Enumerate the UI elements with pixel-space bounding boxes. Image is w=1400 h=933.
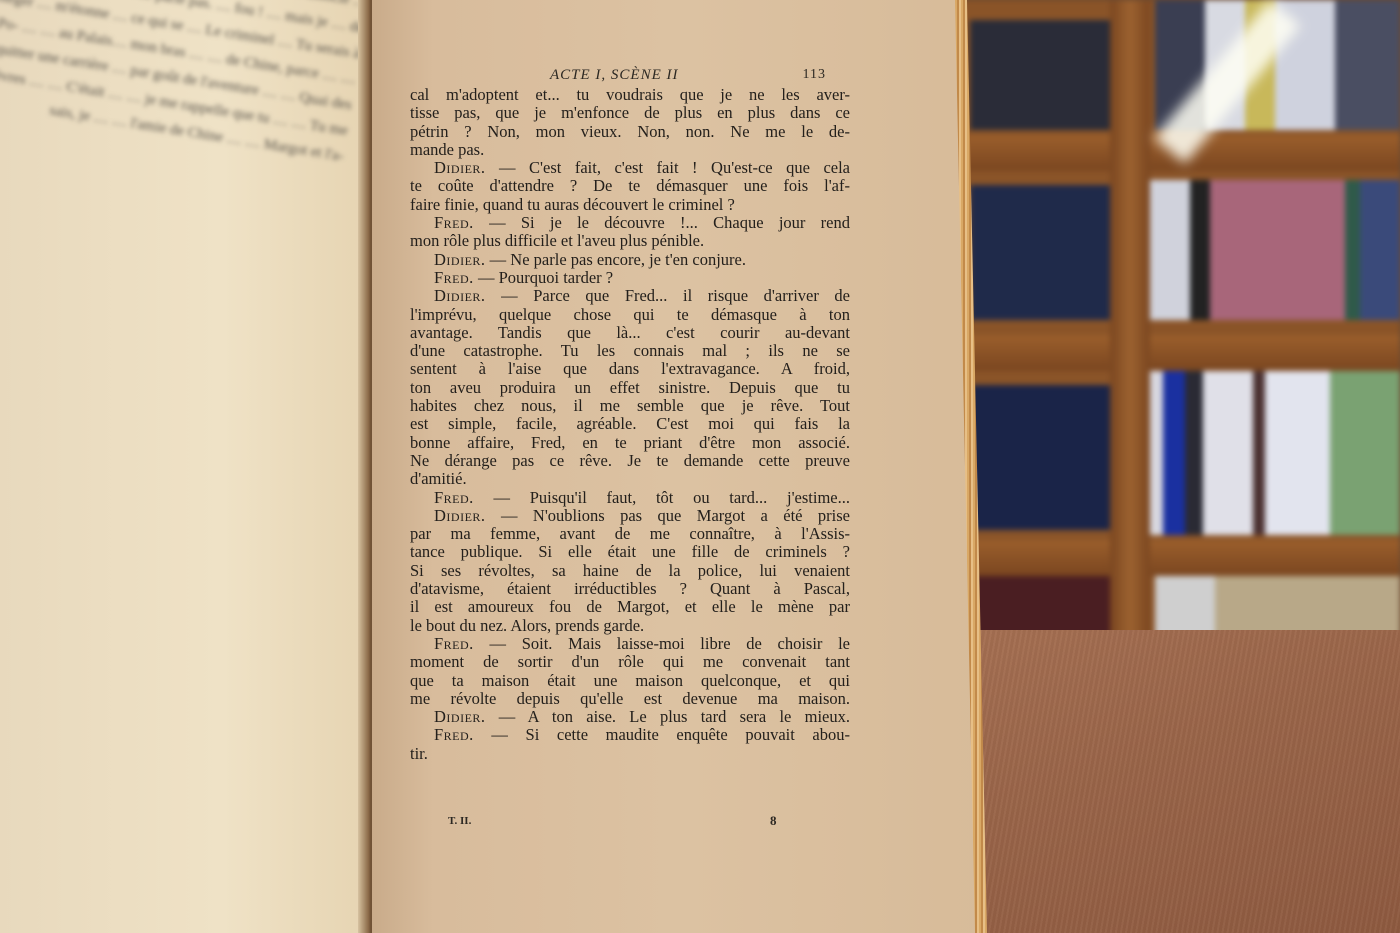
line-text: mande pas. (410, 140, 484, 159)
line-text: tisse pas, que je m'enfonce de plus en p… (410, 103, 850, 122)
text-line: que ta maison était une maison quelconqu… (410, 672, 850, 690)
book-row (1145, 370, 1400, 535)
text-line: tance publique. Si elle était une fille … (410, 543, 850, 561)
line-text: moment de sortir d'un rôle qui me conven… (410, 652, 850, 671)
speaker-name: Fred. (434, 725, 474, 744)
line-text: — N'oublions pas que Margot a été prise (486, 506, 850, 525)
running-head-title: ACTE I, SCÈNE II (550, 66, 679, 84)
book-row (970, 20, 1110, 130)
play-text: cal m'adoptent et... tu voudrais que je … (410, 86, 850, 763)
text-line: le bout du nez. Alors, prends garde. (410, 617, 850, 635)
text-line: habites chez nous, il me semble que je r… (410, 397, 850, 415)
line-text: d'amitié. (410, 469, 467, 488)
line-text: d'atavisme, étaient irréductibles ? Quan… (410, 579, 850, 598)
book-row (970, 185, 1110, 320)
book-row (970, 385, 1110, 530)
line-text: — Ne parle pas encore, je t'en conjure. (486, 250, 746, 269)
text-line: mande pas. (410, 141, 850, 159)
line-text: — C'est fait, c'est fait ! Qu'est-ce que… (486, 158, 850, 177)
line-text: pétrin ? Non, mon vieux. Non, non. Ne me… (410, 122, 850, 141)
shelf-board (940, 540, 1400, 576)
text-line: cal m'adoptent et... tu voudrais que je … (410, 86, 850, 104)
book-row (1150, 180, 1400, 320)
text-line: me révolte depuis qu'elle est devenue ma… (410, 690, 850, 708)
line-text: me révolte depuis qu'elle est devenue ma… (410, 689, 850, 708)
text-line: d'une catastrophe. Tu les connais mal ; … (410, 342, 850, 360)
speaker-name: Didier. (434, 707, 486, 726)
text-line: Fred. — Puisqu'il faut, tôt ou tard... j… (410, 489, 850, 507)
text-line: mon rôle plus difficile et l'aveu plus p… (410, 232, 850, 250)
line-text: il est amoureux fou de Margot, et elle l… (410, 597, 850, 616)
text-line: ton aveu produira un effet sinistre. Dep… (410, 379, 850, 397)
text-line: avantage. Tandis que là... c'est courir … (410, 324, 850, 342)
line-text: — Parce que Fred... il risque d'arriver … (486, 286, 850, 305)
line-text: — Puisqu'il faut, tôt ou tard... j'estim… (474, 488, 850, 507)
text-line: moment de sortir d'un rôle qui me conven… (410, 653, 850, 671)
line-text: bonne affaire, Fred, en te priant d'être… (410, 433, 850, 452)
text-line: par ma femme, avant de me connaître, à l… (410, 525, 850, 543)
text-line: il est amoureux fou de Margot, et elle l… (410, 598, 850, 616)
left-page: … encore … parce que je … famille, parce… (0, 0, 370, 933)
text-line: Fred. — Si cette maudite enquête pouvait… (410, 726, 850, 744)
running-head: ACTE I, SCÈNE II 113 (410, 62, 850, 86)
line-text: que ta maison était une maison quelconqu… (410, 671, 850, 690)
line-text: — Si je le découvre !... Chaque jour ren… (474, 213, 850, 232)
speaker-name: Didier. (434, 286, 486, 305)
text-line: Didier. — C'est fait, c'est fait ! Qu'es… (410, 159, 850, 177)
text-line: Didier. — A ton aise. Le plus tard sera … (410, 708, 850, 726)
speaker-name: Didier. (434, 250, 486, 269)
page-number: 113 (803, 66, 826, 84)
text-line: te coûte d'attendre ? De te démasquer un… (410, 177, 850, 195)
speaker-name: Fred. (434, 213, 474, 232)
volume-signature: T. II. (448, 815, 471, 827)
shelf-post (1110, 0, 1150, 650)
left-page-text: … encore … parce que je … famille, parce… (0, 0, 370, 170)
line-text: ton aveu produira un effet sinistre. Dep… (410, 378, 850, 397)
line-text: mon rôle plus difficile et l'aveu plus p… (410, 231, 704, 250)
speaker-name: Fred. (434, 634, 474, 653)
line-text: le bout du nez. Alors, prends garde. (410, 616, 644, 635)
text-line: Si ses révoltes, sa haine de la police, … (410, 562, 850, 580)
text-line: Fred. — Si je le découvre !... Chaque jo… (410, 214, 850, 232)
text-line: pétrin ? Non, mon vieux. Non, non. Ne me… (410, 123, 850, 141)
bookshelf-background (940, 0, 1400, 650)
text-line: Fred. — Soit. Mais laisse-moi libre de c… (410, 635, 850, 653)
line-text: — Si cette maudite enquête pouvait abou- (474, 725, 850, 744)
line-text: habites chez nous, il me semble que je r… (410, 396, 850, 415)
text-line: sentent à l'aise que dans l'extravagance… (410, 360, 850, 378)
line-text: avantage. Tandis que là... c'est courir … (410, 323, 850, 342)
line-text: — Pourquoi tarder ? (474, 268, 613, 287)
quire-number: 8 (770, 813, 777, 829)
line-text: Ne dérange pas ce rêve. Je te demande ce… (410, 451, 850, 470)
text-line: faire finie, quand tu auras découvert le… (410, 196, 850, 214)
line-text: faire finie, quand tu auras découvert le… (410, 195, 735, 214)
line-text: tance publique. Si elle était une fille … (410, 542, 850, 561)
text-line: Didier. — Ne parle pas encore, je t'en c… (410, 251, 850, 269)
text-line: Didier. — N'oublions pas que Margot a ét… (410, 507, 850, 525)
line-text: — A ton aise. Le plus tard sera le mieux… (486, 707, 850, 726)
text-line: bonne affaire, Fred, en te priant d'être… (410, 434, 850, 452)
text-line: d'amitié. (410, 470, 850, 488)
page-content: ACTE I, SCÈNE II 113 cal m'adoptent et..… (410, 62, 850, 763)
line-text: d'une catastrophe. Tu les connais mal ; … (410, 341, 850, 360)
text-line: d'atavisme, étaient irréductibles ? Quan… (410, 580, 850, 598)
text-line: tisse pas, que je m'enfonce de plus en p… (410, 104, 850, 122)
text-line: tir. (410, 745, 850, 763)
text-line: Ne dérange pas ce rêve. Je te demande ce… (410, 452, 850, 470)
shelf-board (940, 335, 1400, 371)
speaker-name: Fred. (434, 268, 474, 287)
line-text: tir. (410, 744, 428, 763)
text-line: Fred. — Pourquoi tarder ? (410, 269, 850, 287)
line-text: cal m'adoptent et... tu voudrais que je … (410, 85, 850, 104)
line-text: Si ses révoltes, sa haine de la police, … (410, 561, 850, 580)
line-text: l'imprévu, quelque chose qui te démasque… (410, 305, 850, 324)
text-line: l'imprévu, quelque chose qui te démasque… (410, 306, 850, 324)
text-line: est simple, facile, agréable. C'est moi … (410, 415, 850, 433)
page-footer: T. II. 8 (448, 813, 788, 833)
speaker-name: Didier. (434, 158, 486, 177)
line-text: est simple, facile, agréable. C'est moi … (410, 414, 850, 433)
line-text: sentent à l'aise que dans l'extravagance… (410, 359, 850, 378)
speaker-name: Didier. (434, 506, 486, 525)
line-text: par ma femme, avant de me connaître, à l… (410, 524, 850, 543)
wooden-table (960, 630, 1400, 933)
text-line: Didier. — Parce que Fred... il risque d'… (410, 287, 850, 305)
speaker-name: Fred. (434, 488, 474, 507)
line-text: te coûte d'attendre ? De te démasquer un… (410, 176, 850, 195)
line-text: — Soit. Mais laisse-moi libre de choisir… (474, 634, 850, 653)
